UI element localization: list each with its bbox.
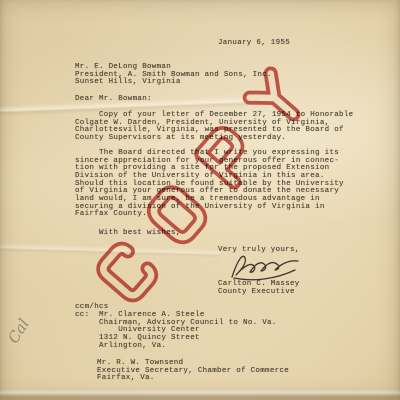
signer-title: County Executive [218,288,295,296]
pencil-margin-annotation: Cal [4,316,33,347]
recipient-address: Mr. E. DeLong Bowman President, A. Smith… [75,64,272,87]
signer-block: Carlton C. MasseyCounty Executive [218,281,300,296]
body-paragraph-2: The Board directed that I write you expr… [75,150,344,219]
fold-crease-middle [0,243,220,258]
cc-recipient-2: Mr. R. W. Townsend Executive Secretary, … [97,360,289,383]
salutation: Dear Mr. Bowman: [75,96,152,104]
scanned-letter-page: January 6, 1955 Mr. E. DeLong Bowman Pre… [0,0,400,400]
closing-line: With best wishes, [75,230,181,238]
fold-crease-bottom [0,388,400,400]
body-paragraph-1: Copy of your letter of December 27, 1954… [75,112,353,143]
letter-date: January 6, 1955 [218,40,290,48]
cc-list: cc: Mr. Clarence A. Steele Chairman, Adv… [75,312,277,350]
